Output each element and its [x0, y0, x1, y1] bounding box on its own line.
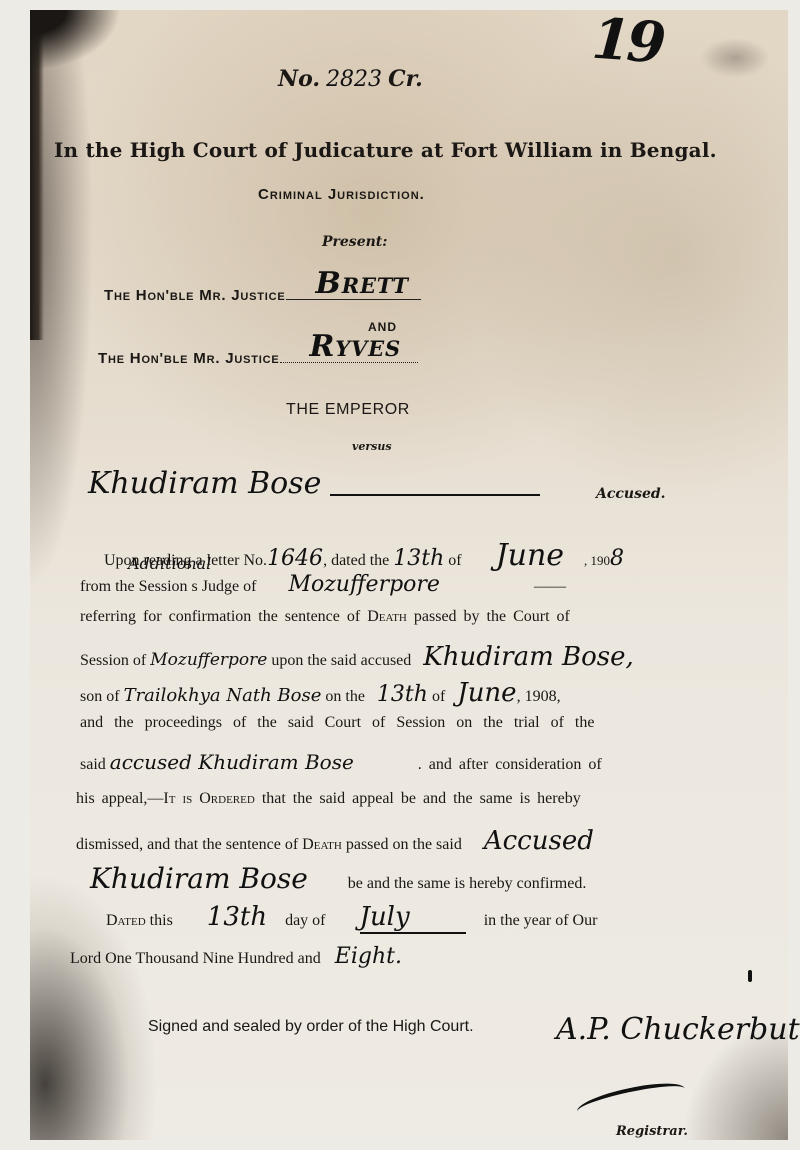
letter-day: 13th: [393, 546, 444, 571]
accused-label: Accused.: [596, 486, 666, 502]
justice-signature: Brett: [316, 266, 409, 301]
body-line-6: and the proceedings of the said Court of…: [80, 714, 594, 732]
body-line-4: Session of Mozufferpore upon the said ac…: [80, 642, 634, 672]
letter-month: June: [496, 538, 564, 573]
order-month: July: [360, 902, 466, 934]
justice-1: The Hon'ble Mr. JusticeBrett: [104, 285, 421, 304]
accused-name-inline: Khudiram Bose,: [423, 642, 633, 672]
jurisdiction-heading: Criminal Jurisdiction.: [258, 186, 425, 203]
ink-mark: [748, 970, 752, 982]
signature-blank: Ryves: [280, 348, 418, 363]
justice-title: The Hon'ble Mr. Justice: [98, 350, 280, 367]
insert-additional: Additional: [128, 554, 211, 573]
corner-stain: [30, 10, 120, 70]
order-day: 13th: [207, 902, 267, 932]
father-name: Trailokhya Nath Bose: [124, 685, 322, 706]
body-line-12: Lord One Thousand Nine Hundred and Eight…: [70, 944, 402, 969]
sessions-place: Mozufferpore: [288, 572, 440, 597]
letter-year-digit: 8: [610, 546, 624, 571]
justice-2: The Hon'ble Mr. JusticeRyves: [98, 348, 418, 367]
versus-label: versus: [352, 440, 392, 453]
folio-number: 19: [590, 6, 664, 77]
registrar-label: Registrar.: [616, 1124, 688, 1139]
signature-blank: Brett: [286, 285, 421, 300]
body-line-9: dismissed, and that the sentence of Deat…: [76, 826, 594, 856]
body-line-3: referring for confirmation the sentence …: [80, 608, 570, 626]
case-number-suffix: Cr.: [388, 66, 423, 92]
justice-title: The Hon'ble Mr. Justice: [104, 287, 286, 304]
order-year: Eight.: [335, 944, 402, 969]
signed-sealed-line: Signed and sealed by order of the High C…: [148, 1018, 474, 1036]
body-line-5: son of Trailokhya Nath Bose on the 13th …: [80, 678, 561, 708]
case-number: No.2823Cr.: [278, 66, 423, 92]
letter-number: 1646: [267, 546, 323, 571]
justice-signature: Ryves: [310, 329, 401, 364]
prosecutor: THE EMPEROR: [286, 401, 410, 419]
accused-name: Khudiram Bose: [88, 466, 321, 501]
body-line-8: his appeal,—It is Ordered that the said …: [76, 790, 581, 808]
accused-underline: [330, 494, 540, 496]
case-number-prefix: No.: [278, 66, 320, 92]
ink-smudge: [700, 38, 770, 78]
body-line-10: Khudiram Bose be and the same is hereby …: [90, 862, 586, 895]
body-line-11: Dated this 13th day of July in the year …: [106, 902, 597, 932]
body-line-7: said accused Khudiram Bose . and after c…: [80, 750, 602, 774]
court-title: In the High Court of Judicature at Fort …: [54, 138, 717, 162]
present-label: Present:: [322, 234, 387, 250]
accused-name-confirmed: Khudiram Bose: [90, 862, 308, 895]
case-number-handwritten: 2823: [326, 67, 382, 92]
registrar-signature: A.P. Chuckerbutty: [556, 1012, 800, 1047]
body-line-2: from the Session s Judge of Mozufferpore…: [80, 572, 566, 597]
it-is-ordered: It is Ordered: [163, 790, 254, 807]
